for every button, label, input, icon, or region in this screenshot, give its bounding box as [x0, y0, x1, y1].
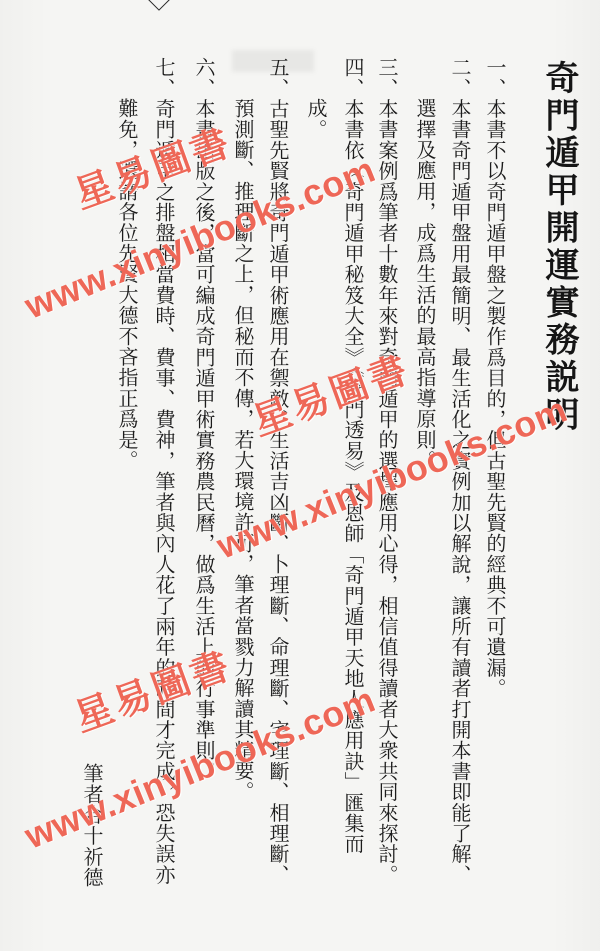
item-6-line-1: 六、本書出版之後，當可編成奇門遁甲術實務農民曆，做爲生活上的行事準則。 [192, 57, 216, 782]
page-title: 奇門遁甲開運實務説明 [539, 60, 579, 434]
item-2-line-1: 二、本書奇門遁甲盤用最簡明、最生活化之實例加以解說，讓所有讀者打開本書即能了解、 [448, 57, 472, 885]
item-1-line-1: 一、本書不以奇門遁甲盤之製作爲目的，但古聖先賢的經典不可遺漏。 [483, 57, 507, 699]
item-7-line-2: 難免，還請各位先賢大德不吝指正爲是。 [115, 98, 139, 471]
item-3-line-1: 三、本書案例爲筆者十數年來對奇門遁甲的選擇應用心得，相信值得讀者大衆共同來探討。 [375, 57, 399, 885]
author-signature: 筆者合十祈德 [80, 763, 104, 888]
item-5-line-1: 五、古聖先賢將奇門遁甲術應用在禦敵、生活吉凶斷、卜理斷、命理斷、宅理斷、相理斷、 [266, 57, 290, 885]
item-4-line-2: 成。 [304, 98, 328, 139]
item-4-line-1: 四、本書依《奇門遁甲秘笈大全》《奇門透易》及恩師「奇門遁甲天地人應用訣」匯集而 [341, 57, 365, 854]
item-5-line-2: 預測斷、推理斷之上，但秘而不傳，若大環境許可，筆者當戮力解讀其精要。 [231, 98, 255, 802]
item-2-line-2: 選擇及應用，成爲生活的最高指導原則。 [413, 98, 437, 471]
item-7-line-1: 七、奇門遁甲之排盤相當費時、費事、費神，筆者與內人花了兩年的時間才完成，恐失誤亦 [152, 57, 176, 885]
